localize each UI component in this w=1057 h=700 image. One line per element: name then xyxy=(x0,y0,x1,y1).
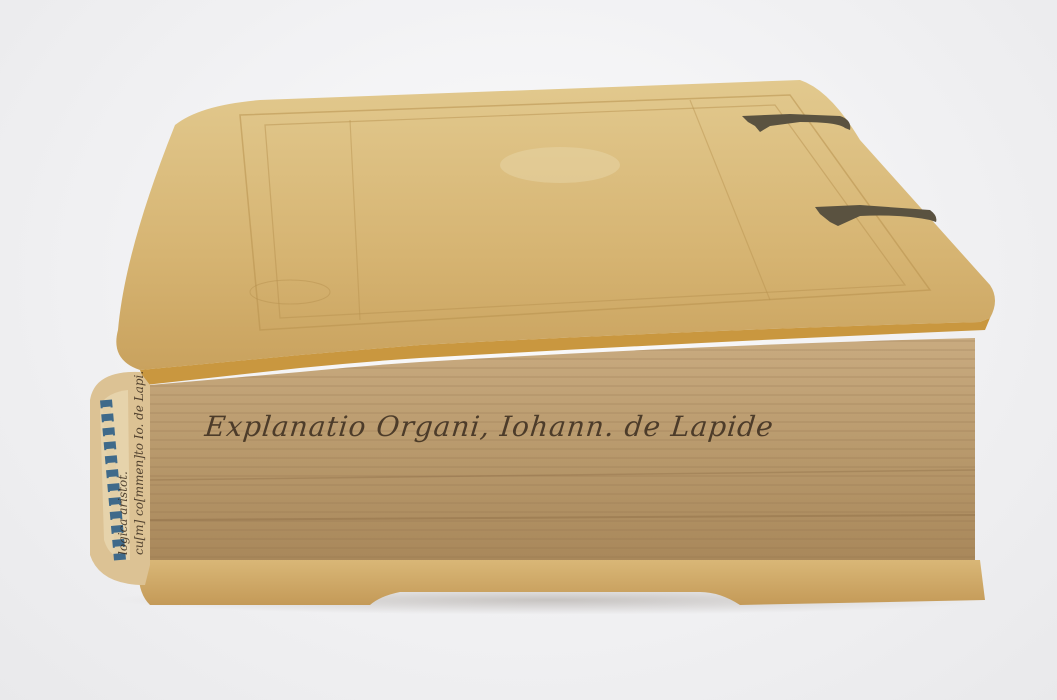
bottom-cover xyxy=(139,560,985,605)
book xyxy=(0,0,1057,700)
spine-line-2: cu[m] co[mmen]to Io. de Lapi. xyxy=(131,371,147,555)
fore-edge-title: Explanatio Organi, Iohann. de Lapide xyxy=(203,410,775,443)
fore-edge xyxy=(150,338,975,565)
spine-line-1: logica aristot. xyxy=(115,371,131,555)
spine-inscription: logica aristot. cu[m] co[mmen]to Io. de … xyxy=(115,371,147,555)
top-cover xyxy=(116,80,995,385)
